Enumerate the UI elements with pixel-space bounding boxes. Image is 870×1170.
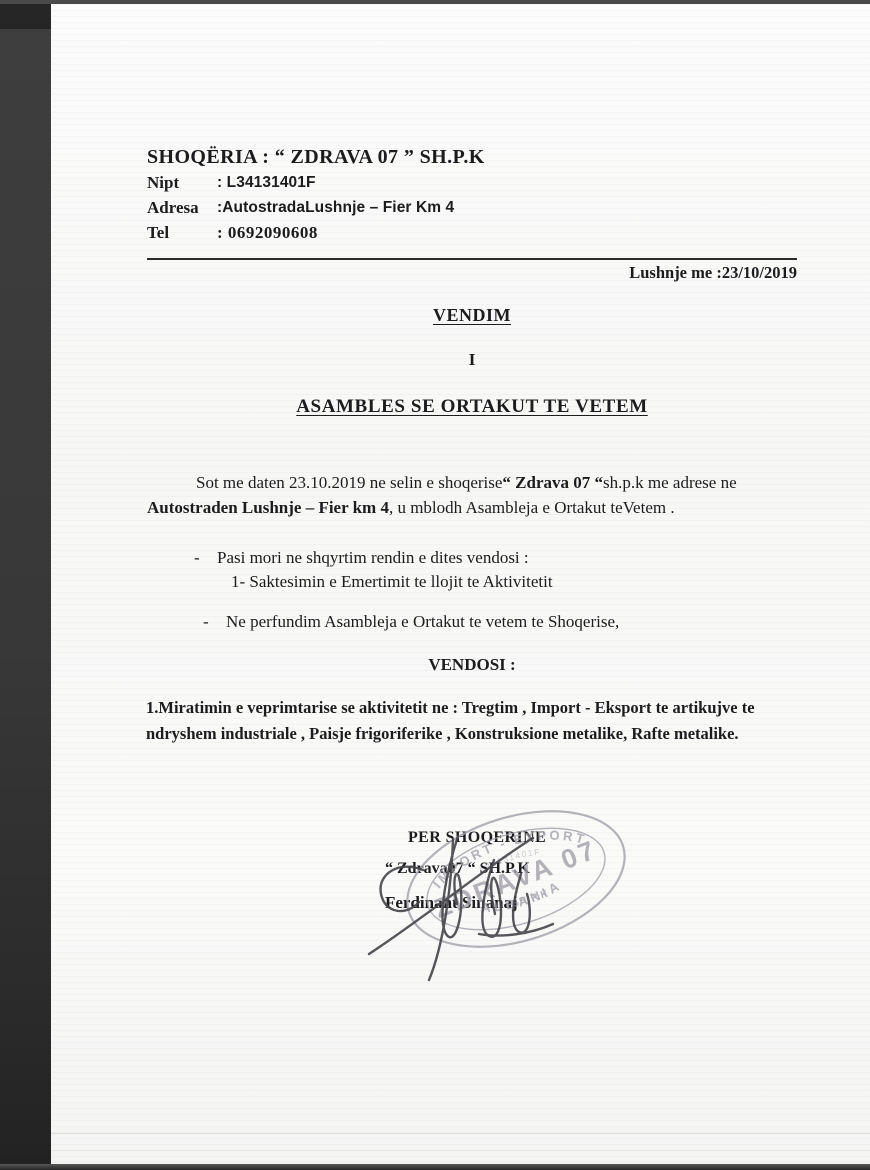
field-tel-label: Tel [147,220,217,245]
field-adresa-label: Adresa [147,195,217,220]
document-title: VENDIM [147,305,797,326]
agenda-item-2-text: Ne perfundim Asambleja e Ortakut te vete… [226,610,619,633]
date-place-line: Lushnje me :23/10/2019 [147,263,797,283]
intro-address-bold: Autostraden Lushnje – Fier km 4 [147,498,389,517]
intro-company-bold: “ Zdrava 07 “ [502,473,603,492]
agenda-dash: - [203,610,226,633]
field-adresa: Adresa :AutostradaLushnje – Fier Km 4 [147,195,797,220]
document-content: SHOQËRIA : “ ZDRAVA 07 ” SH.P.K Nipt : L… [147,4,797,913]
intro-text-1: Sot me daten 23.10.2019 ne selin e shoqe… [196,473,502,492]
field-tel: Tel : 0692090608 [147,220,797,245]
signature-stroke-tail-loop [513,874,530,933]
scanner-edge-corner [0,0,51,29]
company-title: SHOQËRIA : “ ZDRAVA 07 ” SH.P.K [147,144,797,170]
scan-streak-line [51,1150,870,1151]
field-adresa-value: :AutostradaLushnje – Fier Km 4 [217,195,454,220]
decision-heading: VENDOSI : [147,655,797,675]
scanner-edge-left [0,0,51,1170]
document-title-middle: I [147,350,797,370]
field-nipt: Nipt : L34131401F [147,170,797,195]
scanned-document-page: SHOQËRIA : “ ZDRAVA 07 ” SH.P.K Nipt : L… [0,0,870,1170]
agenda-item-1-text: Pasi mori ne shqyrtim rendin e dites ven… [217,546,529,569]
scan-streak-line [51,1133,870,1134]
intro-paragraph: Sot me daten 23.10.2019 ne selin e shoqe… [147,470,797,520]
agenda-item-1: - Pasi mori ne shqyrtim rendin e dites v… [194,546,797,569]
field-nipt-label: Nipt [147,170,217,195]
handwritten-signature [361,822,596,987]
document-subtitle: ASAMBLES SE ORTAKUT TE VETEM [147,396,797,418]
agenda-item-2: - Ne perfundim Asambleja e Ortakut te ve… [203,610,797,633]
field-tel-value: : 0692090608 [217,220,318,245]
field-nipt-value: : L34131401F [217,170,316,195]
intro-text-2: sh.p.k me adrese ne [603,473,737,492]
header-divider-rule [147,258,797,260]
decision-paragraph: 1.Miratimin e veprimtarise se aktiviteti… [146,695,797,747]
intro-text-3: , u mblodh Asambleja e Ortakut teVetem . [389,498,675,517]
scanner-edge-bottom [0,1164,870,1170]
agenda-item-1-sub: 1- Saktesimin e Emertimit te llojit te A… [231,570,797,593]
agenda-dash: - [194,546,217,569]
signature-stroke-loop-left [381,867,423,911]
paper-sheet: SHOQËRIA : “ ZDRAVA 07 ” SH.P.K Nipt : L… [51,4,870,1164]
